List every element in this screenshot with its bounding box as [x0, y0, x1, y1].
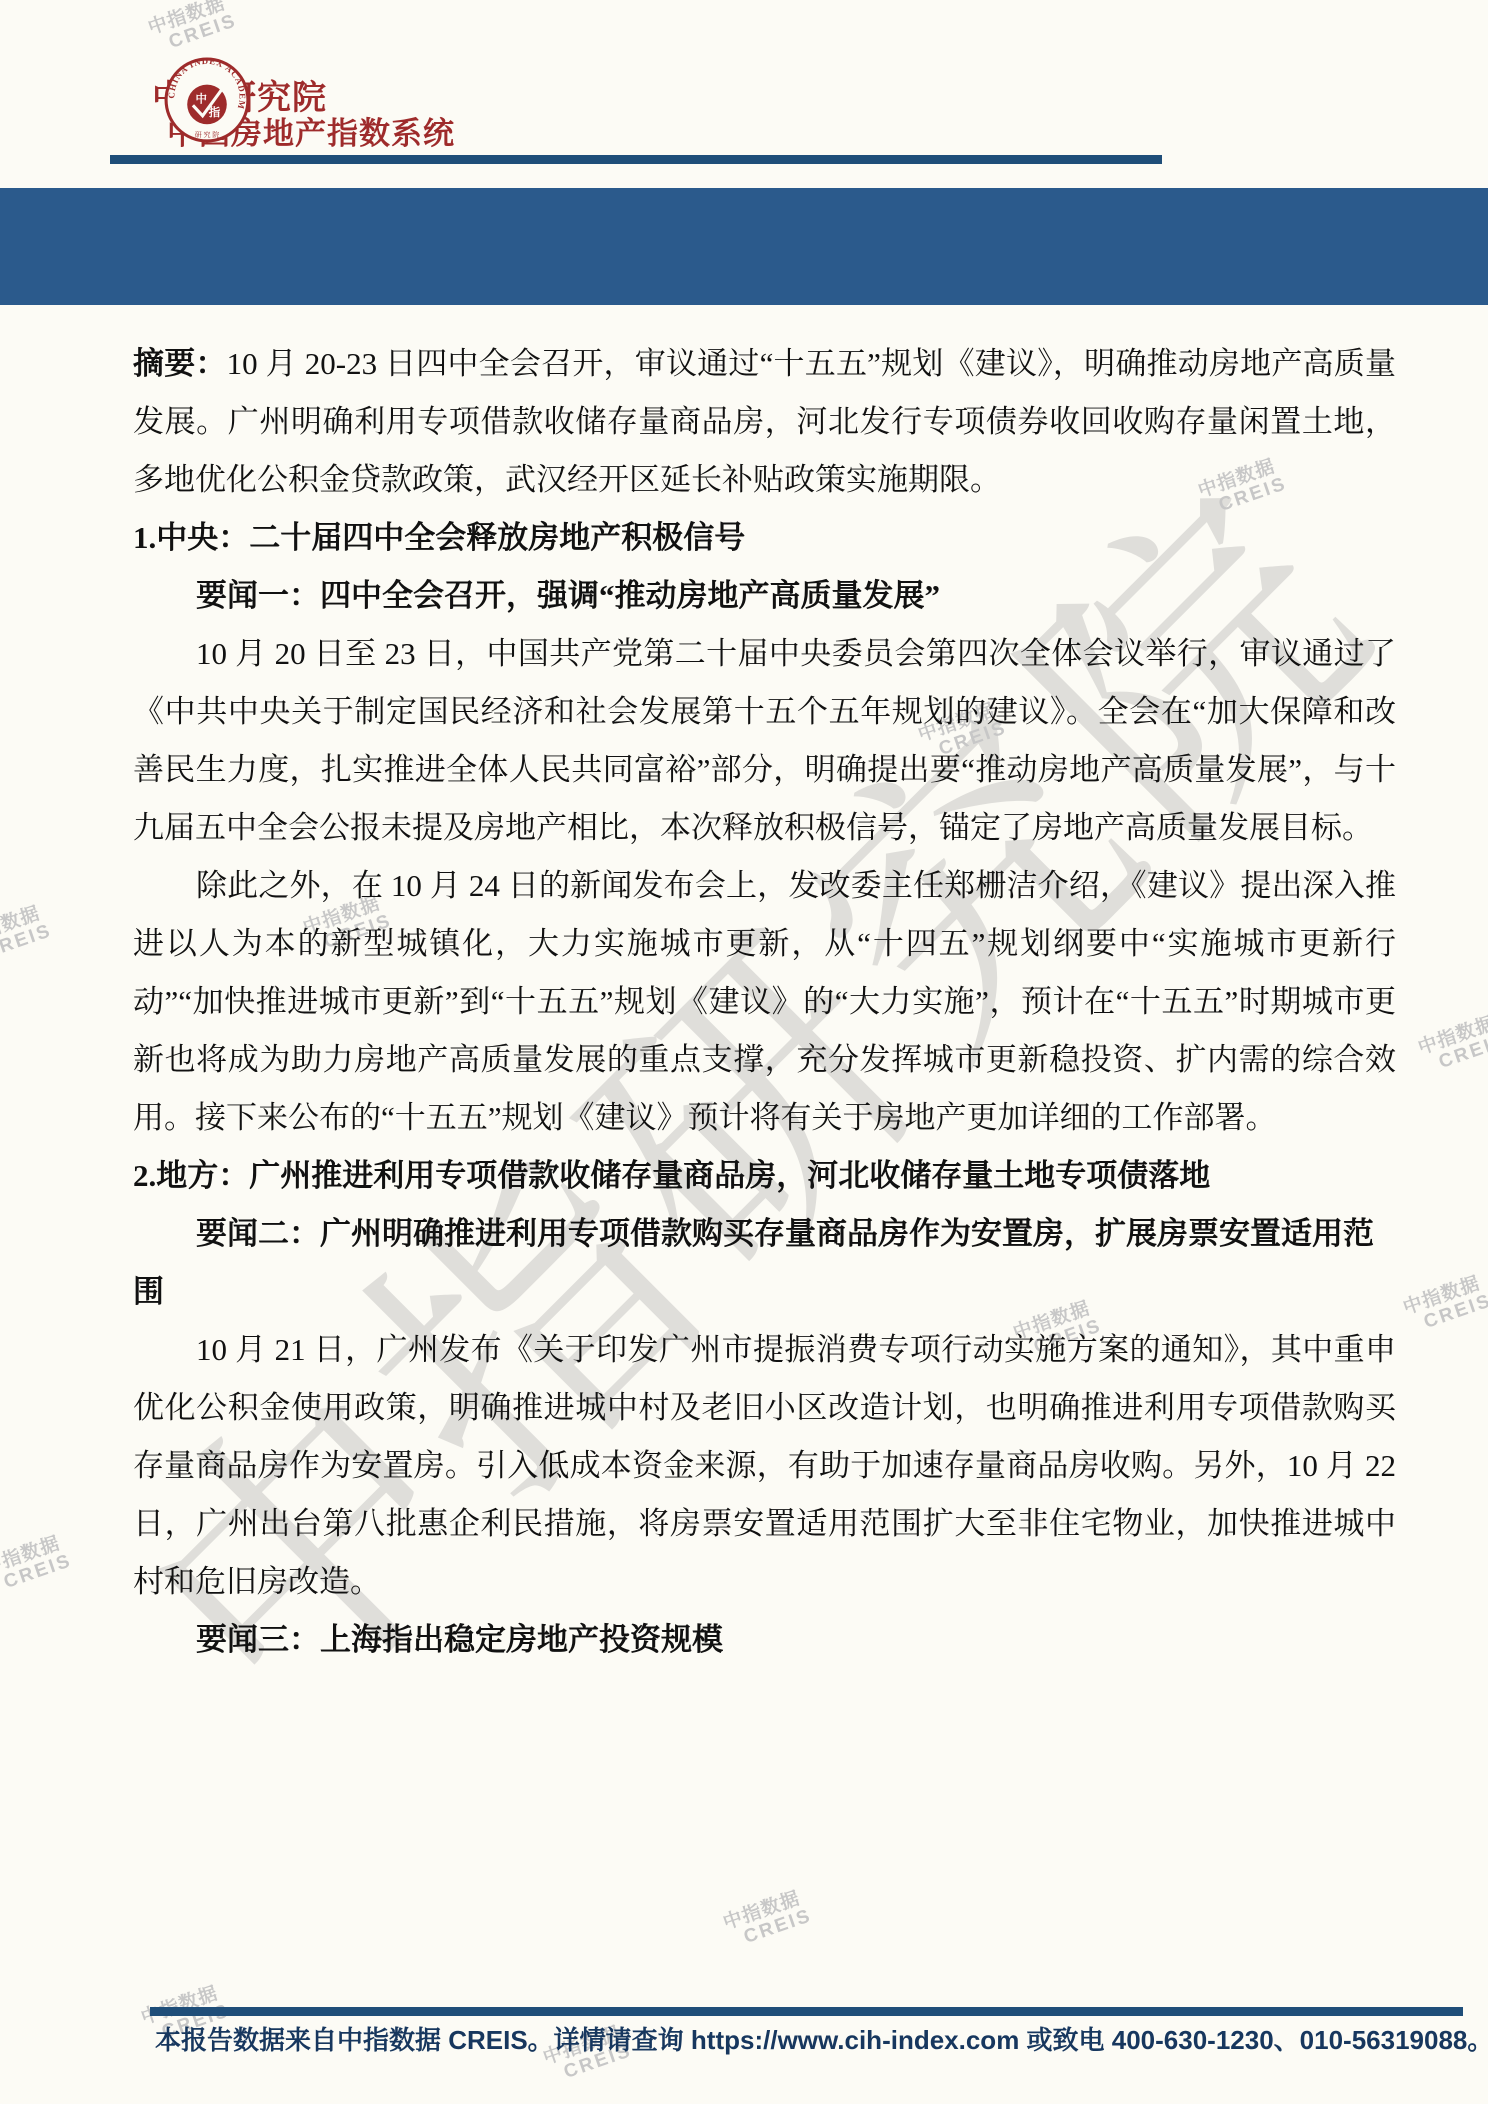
report-body: 摘要：10 月 20-23 日四中全会召开，审议通过“十五五”规划《建议》，明确…	[133, 335, 1396, 1669]
seal-center-bottom: 指	[208, 105, 221, 119]
header-divider	[110, 155, 1162, 164]
news-2-heading: 要闻二：广州明确推进利用专项借款购买存量商品房作为安置房，扩展房票安置适用范围	[133, 1205, 1396, 1321]
summary-text: 10 月 20-23 日四中全会召开，审议通过“十五五”规划《建议》，明确推动房…	[133, 346, 1396, 497]
footer-prefix: 本报告数据来自中指数据 CREIS。详情请查询	[155, 2025, 691, 2055]
news-3-heading: 要闻三：上海指出稳定房地产投资规模	[133, 1611, 1396, 1669]
seal-bottom-text: 研 究 院	[195, 130, 220, 139]
footer-url[interactable]: https://www.cih-index.com	[691, 2025, 1019, 2055]
title-bar	[0, 188, 1488, 305]
footer-suffix: 或致电 400-630-1230、010-56319088。	[1019, 2025, 1488, 2055]
report-page: 中指研究院 中指数据CREIS中指数据CREIS中指数据CREIS中指数据CRE…	[0, 0, 1488, 2104]
section-2-heading: 2.地方：广州推进利用专项借款收储存量商品房，河北收储存量土地专项债落地	[133, 1147, 1396, 1205]
news-1-paragraph-1: 10 月 20 日至 23 日，中国共产党第二十届中央委员会第四次全体会议举行，…	[133, 625, 1396, 857]
seal-center-top: 中	[196, 92, 207, 106]
summary-paragraph: 摘要：10 月 20-23 日四中全会召开，审议通过“十五五”规划《建议》，明确…	[133, 335, 1396, 509]
news-2-paragraph-1: 10 月 21 日，广州发布《关于印发广州市提振消费专项行动实施方案的通知》，其…	[133, 1321, 1396, 1611]
footer-text: 本报告数据来自中指数据 CREIS。详情请查询 https://www.cih-…	[155, 2020, 1435, 2057]
section-1-heading: 1.中央：二十届四中全会释放房地产积极信号	[133, 509, 1396, 567]
summary-label: 摘要：	[133, 346, 227, 381]
china-index-academy-seal-icon: CHINA INDEX ACADEMY 中 指 研 究 院	[163, 56, 251, 144]
news-1-paragraph-2: 除此之外，在 10 月 24 日的新闻发布会上，发改委主任郑栅洁介绍，《建议》提…	[133, 857, 1396, 1147]
footer-divider	[150, 2007, 1463, 2016]
news-1-heading: 要闻一：四中全会召开，强调“推动房地产高质量发展”	[133, 567, 1396, 625]
content-layer: 中指研究院 中国房地产指数系统 CHINA INDEX ACADEMY 中 指 …	[0, 0, 1488, 2104]
